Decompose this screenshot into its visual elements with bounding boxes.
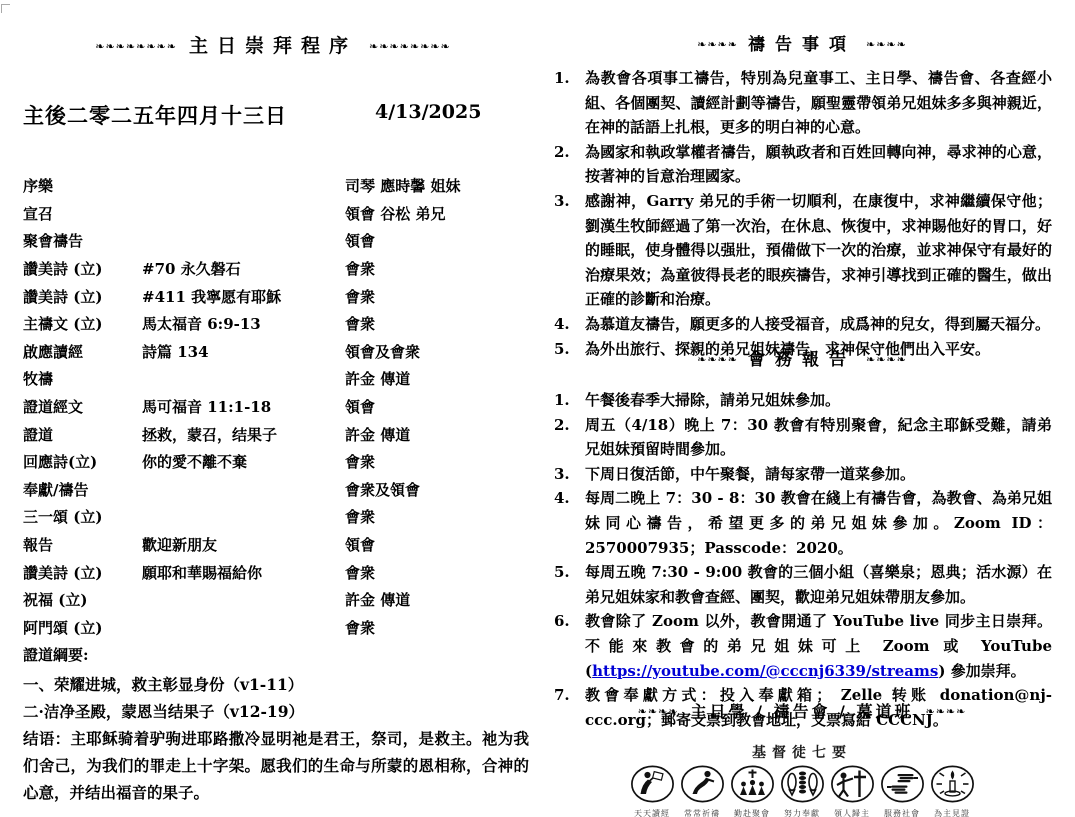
page-title-row: ❧❧❧❧❧❧❧❧主日崇拜程序❧❧❧❧❧❧❧❧ [23, 31, 523, 58]
prayer-item: 4.為慕道友禱告，願更多的人接受福音，成爲神的兒女，得到屬天福分。 [552, 312, 1052, 337]
program-item-person: 會衆 [345, 506, 523, 527]
program-item-person: 會衆 [345, 562, 523, 583]
sermon-point-2: 二·洁净圣殿，蒙恩当结果子（v12-19） [23, 698, 529, 725]
item-number: 1. [552, 388, 585, 413]
program-item-label: 阿門頌 (立) [23, 617, 142, 638]
program-item-person: 領會 [345, 396, 523, 417]
seven-essential-label: 領人歸主 [834, 808, 870, 817]
prayer-item-text: 為教會各項事工禱告，特別為兒童事工、主日學、禱告會、各查經小組、各個團契、讀經計… [585, 66, 1052, 140]
business-section-title: 會務報告 [748, 350, 856, 370]
program-item-label: 三一頌 (立) [23, 506, 142, 527]
program-item-person: 會衆 [345, 313, 523, 334]
program-item-person: 會衆 [345, 258, 523, 279]
program-item-detail: #411 我寧愿有耶穌 [142, 286, 345, 307]
ornament-right: ❧❧❧❧ [925, 705, 966, 718]
seven-essential-item: 領人歸主 [829, 765, 876, 817]
ornament-left: ❧❧❧❧ [697, 353, 738, 366]
program-item-label: 祝福 (立) [23, 589, 142, 610]
program-item-label: 報告 [23, 534, 142, 555]
announcement-item: 5.每周五晚 7:30 - 9:00 教會的三個小組（喜樂泉；恩典；活水源）在弟… [552, 560, 1052, 609]
date-chinese: 主後二零二五年四月十三日 [23, 103, 287, 128]
prayer-item: 3.感謝神，Garry 弟兄的手術一切順利，在康復中，求神繼續保守他；劉漢生牧師… [552, 189, 1052, 312]
program-item-person: 許金 傳道 [345, 424, 523, 445]
program-item-label: 主禱文 (立) [23, 313, 142, 334]
prayer-item: 1.為教會各項事工禱告，特別為兒童事工、主日學、禱告會、各查經小組、各個團契、讀… [552, 66, 1052, 140]
program-row: 牧禱許金 傳道 [23, 365, 523, 393]
business-items-list: 1.午餐後春季大掃除，請弟兄姐妹參加。2.周五（4/18）晚上 7：30 教會有… [552, 388, 1052, 732]
seven-essential-item: 常常祈禱 [679, 765, 726, 817]
classes-footer-line: ❧❧❧❧主日學 / 禱告會 / 慕道班❧❧❧❧ [552, 699, 1052, 722]
program-item-label: 聚會禱告 [23, 230, 142, 251]
seven-essential-label: 努力奉獻 [784, 808, 820, 817]
program-item-person: 司琴 應時馨 姐妹 [345, 175, 523, 196]
program-item-person: 會衆 [345, 617, 523, 638]
announcement-item: 2.周五（4/18）晚上 7：30 教會有特別聚會，紀念主耶穌受難，請弟兄姐妹預… [552, 413, 1052, 462]
announcement-item-text: 每周五晚 7:30 - 9:00 教會的三個小組（喜樂泉；恩典；活水源）在弟兄姐… [585, 560, 1052, 609]
business-section-header: ❧❧❧❧會務報告❧❧❧❧ [552, 345, 1052, 370]
worship-order-column: ❧❧❧❧❧❧❧❧主日崇拜程序❧❧❧❧❧❧❧❧ 主後二零二五年四月十三日 4/13… [23, 0, 523, 817]
offering-icon [780, 765, 825, 807]
announcement-item-text: 下周日復活節，中午聚餐，請每家帶一道菜參加。 [585, 462, 1052, 487]
seven-essentials-logo: 基督徒七要 天天讀經常常祈禱勤赴聚會努力奉獻領人歸主服務社會為主見證 [624, 742, 980, 817]
ornament-left: ❧❧❧❧❧❧❧❧ [95, 40, 177, 53]
program-item-detail: 願耶和華賜福給你 [142, 562, 345, 583]
program-row: 回應詩(立)你的愛不離不棄會衆 [23, 448, 523, 476]
program-item-detail: 馬可福音 11:1-18 [142, 396, 345, 417]
sermon-conclusion: 结语：主耶稣骑着驴驹进耶路撒冷显明祂是君王，祭司，是救主。祂为我们舍己，为我们的… [23, 725, 529, 806]
seven-essential-item: 服務社會 [879, 765, 926, 817]
announcements-column: ❧❧❧❧禱告事項❧❧❧❧ 1.為教會各項事工禱告，特別為兒童事工、主日學、禱告會… [552, 0, 1052, 817]
seven-essential-label: 服務社會 [884, 808, 920, 817]
program-item-person: 許金 傳道 [345, 589, 523, 610]
worship-program-table: 序樂司琴 應時馨 姐妹宣召領會 谷松 弟兄聚會禱告領會讚美詩 (立)#70 永久… [23, 172, 523, 641]
seven-essential-item: 努力奉獻 [779, 765, 826, 817]
item-number: 3. [552, 462, 585, 487]
program-item-label: 讚美詩 (立) [23, 286, 142, 307]
program-item-label: 啟應讀經 [23, 341, 142, 362]
seven-essential-label: 勤赴聚會 [734, 808, 770, 817]
ornament-left: ❧❧❧❧ [638, 705, 679, 718]
program-item-label: 讚美詩 (立) [23, 562, 142, 583]
program-item-label: 證道經文 [23, 396, 142, 417]
program-item-detail: 你的愛不離不棄 [142, 451, 345, 472]
program-row: 報告歡迎新朋友領會 [23, 531, 523, 559]
program-item-person: 會衆 [345, 286, 523, 307]
ornament-right: ❧❧❧❧ [866, 353, 907, 366]
witness-icon [930, 765, 975, 807]
prayer-section-title: 禱告事項 [748, 35, 856, 55]
seven-essential-label: 常常祈禱 [684, 808, 720, 817]
program-item-detail: 馬太福音 6:9-13 [142, 313, 345, 334]
program-row: 讚美詩 (立)願耶和華賜福給你會衆 [23, 558, 523, 586]
prayer-section-header: ❧❧❧❧禱告事項❧❧❧❧ [552, 30, 1052, 55]
item-number: 1. [552, 66, 585, 140]
program-item-label: 牧禱 [23, 368, 142, 389]
youtube-link[interactable]: https://youtube.com/@cccnj6339/streams [592, 662, 938, 680]
program-row: 讚美詩 (立)#411 我寧愿有耶穌會衆 [23, 282, 523, 310]
program-row: 主禱文 (立)馬太福音 6:9-13會衆 [23, 310, 523, 338]
announcement-item-text: 午餐後春季大掃除，請弟兄姐妹參加。 [585, 388, 1052, 413]
program-item-detail: 歡迎新朋友 [142, 534, 345, 555]
program-item-detail: #70 永久磐石 [142, 258, 345, 279]
ornament-right: ❧❧❧❧❧❧❧❧ [369, 40, 451, 53]
pray-icon [680, 765, 725, 807]
table-corner-mark [1, 4, 10, 13]
program-item-person: 領會 谷松 弟兄 [345, 203, 523, 224]
seven-essential-item: 為主見證 [929, 765, 976, 817]
program-item-label: 回應詩(立) [23, 451, 142, 472]
page-title: 主日崇拜程序 [189, 35, 357, 57]
prayer-item-text: 感謝神，Garry 弟兄的手術一切順利，在康復中，求神繼續保守他；劉漢生牧師經過… [585, 189, 1052, 312]
seven-essential-item: 天天讀經 [629, 765, 676, 817]
program-row: 證道拯救，蒙召，结果子許金 傳道 [23, 420, 523, 448]
prayer-item: 2.為國家和執政掌權者禱告，願執政者和百姓回轉向神，尋求神的心意，按著神的旨意治… [552, 140, 1052, 189]
item-number: 2. [552, 413, 585, 462]
announcement-item: 3.下周日復活節，中午聚餐，請每家帶一道菜參加。 [552, 462, 1052, 487]
program-row: 讚美詩 (立)#70 永久磐石會衆 [23, 255, 523, 283]
read-bible-icon [630, 765, 675, 807]
lead-to-christ-icon [830, 765, 875, 807]
sermon-point-1: 一、荣耀进城，救主彰显身份（v1-11） [23, 671, 529, 698]
program-row: 啟應讀經詩篇 134領會及會衆 [23, 338, 523, 366]
item-number: 6. [552, 609, 585, 683]
announcement-item: 6.教會除了 Zoom 以外，教會開通了 YouTube live 同步主日崇拜… [552, 609, 1052, 683]
announcement-item-text: 周五（4/18）晚上 7：30 教會有特別聚會，紀念主耶穌受難，請弟兄姐妹預留時… [585, 413, 1052, 462]
program-row: 聚會禱告領會 [23, 227, 523, 255]
seven-essential-label: 為主見證 [934, 808, 970, 817]
announcement-item: 1.午餐後春季大掃除，請弟兄姐妹參加。 [552, 388, 1052, 413]
program-item-label: 奉獻/禱告 [23, 479, 142, 500]
program-row: 奉獻/禱告會衆及領會 [23, 476, 523, 504]
seven-essential-label: 天天讀經 [634, 808, 670, 817]
program-item-label: 宣召 [23, 203, 142, 224]
program-row: 三一頌 (立)會衆 [23, 503, 523, 531]
item-number: 3. [552, 189, 585, 312]
date-row: 主後二零二五年四月十三日 4/13/2025 [23, 100, 523, 130]
program-row: 祝福 (立)許金 傳道 [23, 586, 523, 614]
seven-essentials-icons: 天天讀經常常祈禱勤赴聚會努力奉獻領人歸主服務社會為主見證 [624, 765, 980, 817]
program-item-person: 領會及會衆 [345, 341, 523, 362]
sermon-outline: 一、荣耀进城，救主彰显身份（v1-11） 二·洁净圣殿，蒙恩当结果子（v12-1… [23, 671, 529, 806]
program-item-label: 證道 [23, 424, 142, 445]
program-item-person: 會衆及領會 [345, 479, 523, 500]
program-row: 阿門頌 (立)會衆 [23, 614, 523, 642]
prayer-item-text: 為國家和執政掌權者禱告，願執政者和百姓回轉向神，尋求神的心意，按著神的旨意治理國… [585, 140, 1052, 189]
announcement-item-text: 教會除了 Zoom 以外，教會開通了 YouTube live 同步主日崇拜。不… [585, 609, 1052, 683]
ornament-left: ❧❧❧❧ [697, 38, 738, 51]
program-item-person: 會衆 [345, 451, 523, 472]
item-number: 4. [552, 312, 585, 337]
worship-bulletin-page: { "ornaments": { "long": "❧❧❧❧❧❧❧❧", "sh… [0, 0, 1075, 817]
program-item-person: 領會 [345, 230, 523, 251]
item-number: 5. [552, 560, 585, 609]
announcement-item: 4.每周二晚上 7：30 - 8：30 教會在綫上有禱告會，為教會、為弟兄姐妹同… [552, 486, 1052, 560]
seven-essentials-title: 基督徒七要 [624, 742, 980, 762]
seven-essential-item: 勤赴聚會 [729, 765, 776, 817]
date-western: 4/13/2025 [375, 101, 481, 123]
serve-society-icon [880, 765, 925, 807]
classes-footer-text: 主日學 / 禱告會 / 慕道班 [691, 702, 914, 721]
sermon-outline-heading: 證道綱要: [23, 644, 89, 665]
item-number: 4. [552, 486, 585, 560]
program-row: 證道經文馬可福音 11:1-18領會 [23, 393, 523, 421]
announcement-item-text: 每周二晚上 7：30 - 8：30 教會在綫上有禱告會，為教會、為弟兄姐妹同心禱… [585, 486, 1052, 560]
attend-meeting-icon [730, 765, 775, 807]
program-item-detail: 拯救，蒙召，结果子 [142, 424, 345, 445]
prayer-items-list: 1.為教會各項事工禱告，特別為兒童事工、主日學、禱告會、各查經小組、各個團契、讀… [552, 66, 1052, 361]
program-item-label: 序樂 [23, 175, 142, 196]
program-row: 宣召領會 谷松 弟兄 [23, 200, 523, 228]
program-item-label: 讚美詩 (立) [23, 258, 142, 279]
item-number: 2. [552, 140, 585, 189]
program-item-detail: 詩篇 134 [142, 341, 345, 362]
prayer-item-text: 為慕道友禱告，願更多的人接受福音，成爲神的兒女，得到屬天福分。 [585, 312, 1052, 337]
program-row: 序樂司琴 應時馨 姐妹 [23, 172, 523, 200]
program-item-person: 許金 傳道 [345, 368, 523, 389]
ornament-right: ❧❧❧❧ [866, 38, 907, 51]
program-item-person: 領會 [345, 534, 523, 555]
